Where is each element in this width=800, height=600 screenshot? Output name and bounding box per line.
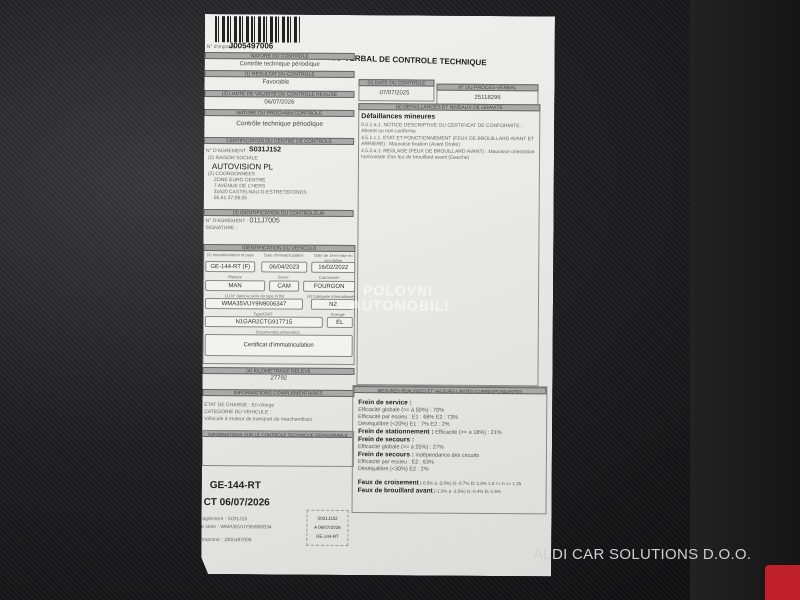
genre-label: Genre — [269, 274, 297, 279]
additional-header: INFORMATIONS COMPLEMENTAIRES — [202, 389, 354, 397]
validity-value: 06/07/2026 — [264, 99, 294, 105]
additional-line: CATEGORIE DU VEHICULE : — [204, 409, 271, 415]
next-control-header: NATURE DU PROCHAIN CONTROLE — [204, 109, 354, 117]
additional-line: Véhicule à moteur de transport de marcha… — [204, 416, 312, 423]
controller-agreement-label: N° D'AGREMENT : — [206, 218, 249, 224]
defect-item: 4.5.1.c.1. ETAT ET FONCTIONNEMENT (FEUX … — [361, 135, 536, 148]
center-agreement-label: N° D'AGREMENT : — [206, 148, 249, 154]
print-number: J005497006 — [229, 41, 274, 50]
sticker-plate: GE-144-RT — [210, 480, 261, 491]
energy-field: EL — [327, 317, 353, 328]
brand-label: Marque — [215, 274, 255, 279]
seat-edge — [690, 0, 800, 600]
defects-header: (6) DEFAILLANCES ET NIVEAUX DE GRAVITE — [358, 103, 540, 111]
controller-agreement: 011J7005 — [250, 217, 280, 224]
sticker-serial: N° de série : WMA35VUY9N900634 — [191, 524, 271, 531]
type-field: N1GAR2CTG917715 — [205, 316, 323, 328]
body-field: FOURGON — [303, 281, 355, 292]
nature-value: Contrôle technique périodique — [240, 61, 320, 68]
controller-header: (3) IDENTIFICATION DU CONTROLEUR — [204, 209, 354, 217]
category-field: N2 — [311, 299, 355, 310]
reg-date-label: Date d'immatriculation — [261, 252, 306, 257]
stamp-line: S031J152 — [307, 516, 347, 521]
signature-label: SIGNATURE : — [205, 225, 237, 231]
reg-date-field: 06/04/2023 — [261, 261, 307, 272]
report-number-header: N° DU PROCES-VERBAL — [436, 84, 538, 92]
vin-field: WMA35VUY9N9006347 — [205, 298, 303, 310]
control-date: 07/07/2025 — [379, 90, 409, 96]
fog-light-line: Feux de brouillard avant (-1.0% à -3.5%)… — [358, 487, 501, 495]
body-label: Carrosserie — [307, 275, 351, 280]
center-agreement: S031J152 — [249, 146, 281, 153]
service-line: Déséquilibre (<20%) E1 : 7% E2 : 2% — [358, 421, 450, 428]
dipped-beam-line: Feux de croisement (-0.5% à -3.0%) G:-0.… — [358, 479, 521, 487]
genre-field: CAM — [269, 280, 299, 291]
address-line: 05.61.37.08.55 — [214, 195, 247, 201]
barcode — [215, 16, 300, 43]
watermark: POLOVNI AUTOMOBILI — [363, 283, 450, 314]
additional-line: ETAT DE CHARGE : En charge — [204, 402, 274, 408]
registration-label: (1) Immatriculation et pays — [205, 252, 255, 257]
emergency-line: Efficacité par essieu : E2 : 63% — [358, 459, 434, 466]
first-use-field: 16/02/2022 — [311, 262, 355, 273]
docs-field: Certificat d'immatriculation — [205, 334, 353, 357]
sticker-ct-date: CT 06/07/2026 — [204, 497, 270, 508]
next-control-value: Contrôle technique périodique — [236, 120, 323, 128]
stamp-box: S031J152 A 06/07/2026 GE-144-RT — [306, 510, 348, 546]
mileage-header: (4) KILOMETRAGE RELEVE — [202, 367, 354, 375]
company-name: AUTOVISION PL — [212, 162, 273, 171]
emergency-line: Efficacité globale (>= à 25%) : 27% — [358, 444, 444, 451]
vehicle-header: IDENTIFICATION DU VEHICULE — [203, 244, 355, 252]
stamp-line: A 06/07/2026 — [307, 525, 347, 530]
emergency-brake-title: Frein de secours : — [358, 436, 414, 443]
unfavorable-box — [202, 430, 354, 467]
registration-field: GE-144-RT (F) — [205, 261, 255, 272]
result-value: Favorable — [263, 79, 290, 85]
defect-item: 0.5.1.a.1. NOTICE DESCRIPTIVE OU CERTIFI… — [361, 122, 536, 135]
validity-header: (2) LIMITE DE VALIDITE DU CONTROLE REALI… — [204, 90, 354, 98]
measures-box: MESURES REALISEES ET VALEURS LIMITES COR… — [352, 385, 548, 514]
result-header: (1) RESULTAT DU CONTROLE — [205, 70, 355, 78]
emergency-brake-2: Frein de secours : indépendance des circ… — [358, 451, 479, 459]
defects-title: Défaillances mineures — [361, 113, 435, 121]
service-line: Efficacité par essieu : E1 : 68% E2 : 73… — [358, 414, 458, 421]
service-brake-title: Frein de service : — [358, 399, 412, 406]
nature-header: NATURE DU CONTROLE — [205, 52, 355, 60]
stamp-line: GE-144-RT — [307, 534, 347, 539]
brand-field: MAN — [205, 280, 265, 291]
control-date-header: (5) DATE DU CONTROLE — [359, 79, 435, 87]
emergency-line: Déséquilibre (<30%) E2 : 2% — [358, 466, 429, 472]
defect-item: 4.5.2.a.1. REGLAGE (FEUX DE BROUILLARD A… — [361, 148, 536, 161]
inspection-report-document: N° d'imprimé : J005497006 PROCES-VERBAL … — [201, 14, 555, 576]
service-line: Efficacité globale (>= à 50%) : 70% — [358, 407, 444, 414]
red-seat-tag — [765, 565, 800, 600]
measures-header: MESURES REALISEES ET VALEURS LIMITES COR… — [353, 386, 546, 394]
company-label: (2) RAISON SOCIALE — [208, 155, 258, 161]
mileage-value: 27792 — [270, 375, 287, 381]
report-number: 25118296 — [474, 95, 500, 101]
center-header: CERTIFICATION DU CENTRE DE CONTROLE — [204, 137, 354, 145]
parking-brake: Frein de stationnement : Efficacité (>= … — [358, 428, 502, 436]
dealer-brand-overlay: ALDI CAR SOLUTIONS D.O.O. — [533, 546, 751, 563]
